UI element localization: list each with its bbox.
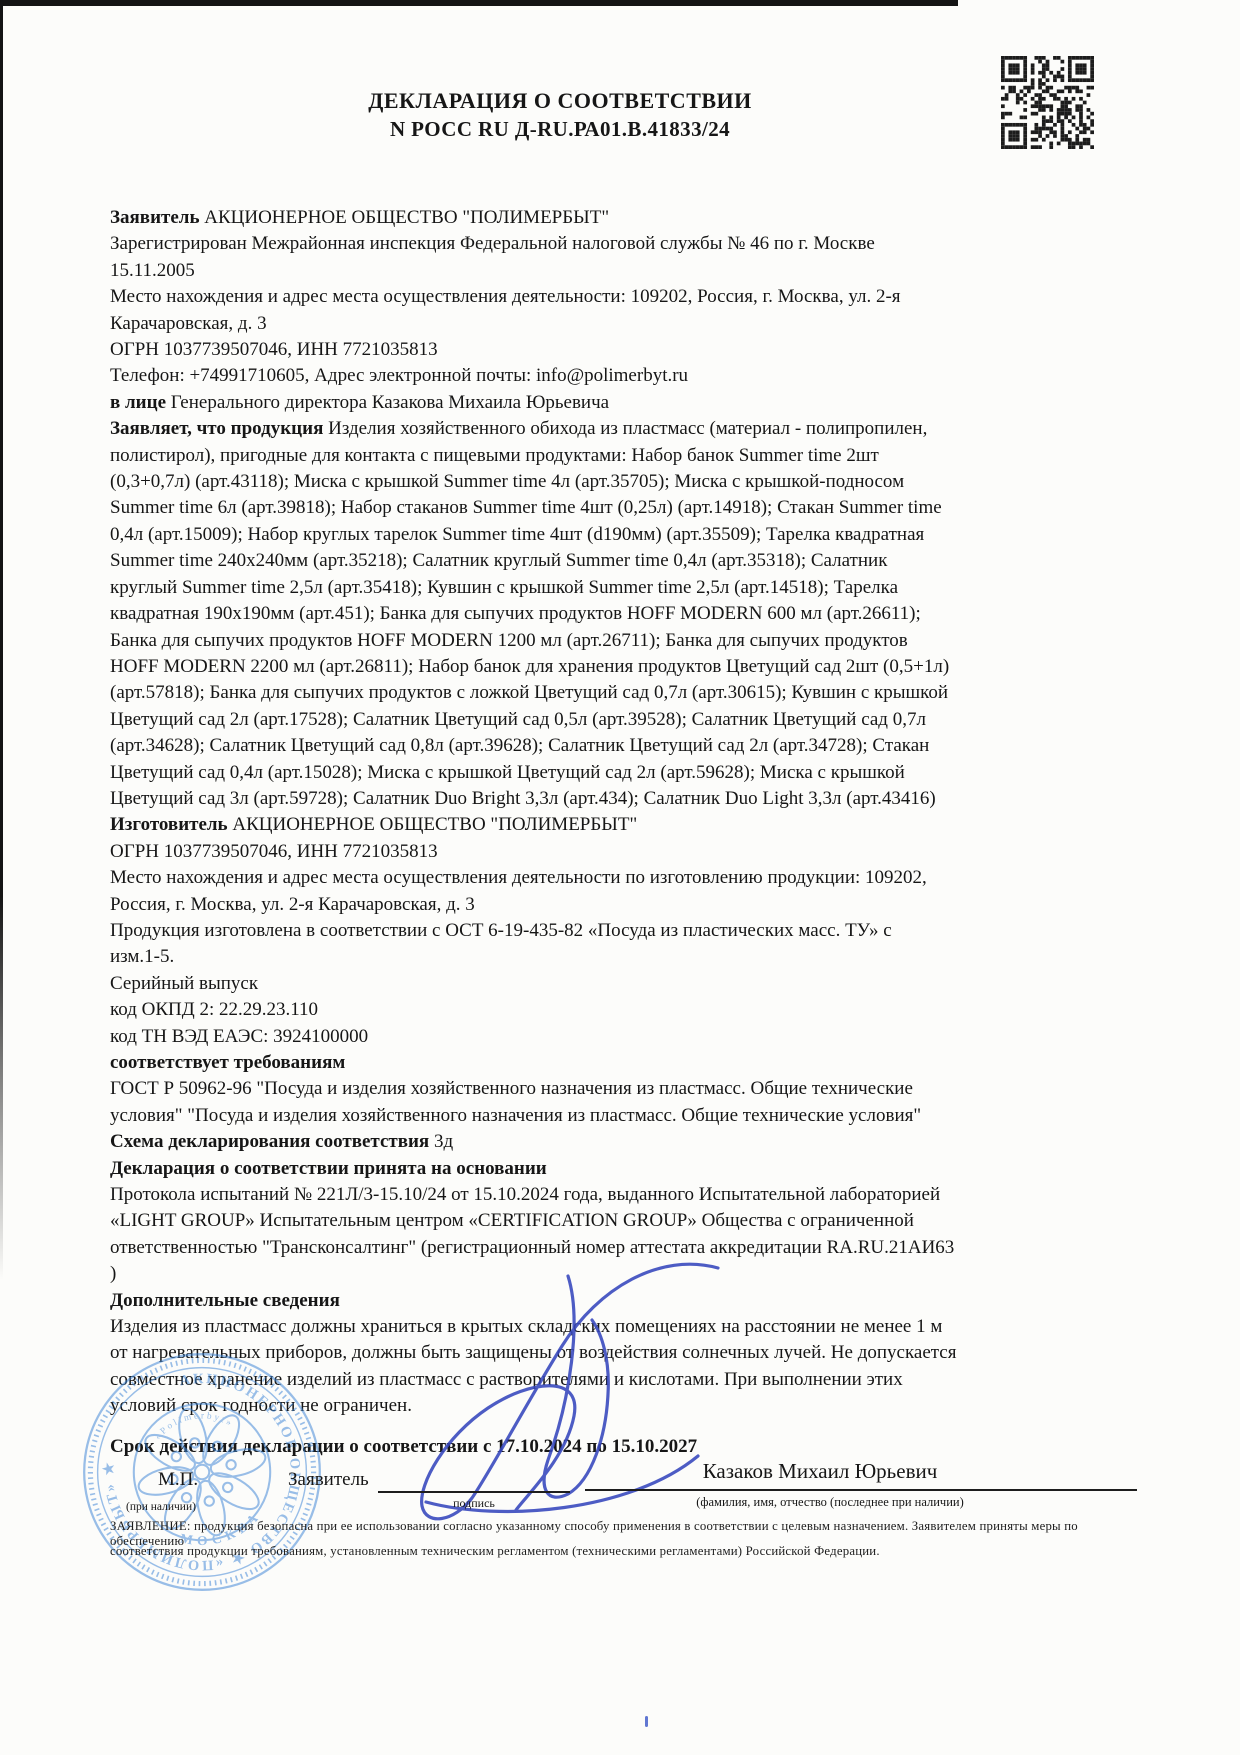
body-line: в лице Генерального директора Казакова М… — [110, 390, 1145, 416]
body-line: Телефон: +74991710605, Адрес электронной… — [110, 363, 1145, 389]
body-line: Банка для сыпучих продуктов HOFF MODERN … — [110, 628, 1145, 654]
scan-artifact-left-line — [0, 0, 3, 1280]
body-line: Схема декларирования соответствия 3д — [110, 1129, 1145, 1155]
signature-line — [378, 1491, 570, 1493]
document-title: ДЕКЛАРАЦИЯ О СООТВЕТСТВИИ — [110, 86, 1010, 115]
signature-caption: подпись — [378, 1496, 570, 1511]
body-line: ОГРН 1037739507046, ИНН 7721035813 — [110, 337, 1145, 363]
body-line: 0,4л (арт.15009); Набор круглых тарелок … — [110, 522, 1145, 548]
body-line: ГОСТ Р 50962-96 "Посуда и изделия хозяйс… — [110, 1076, 1145, 1102]
body-line: ОГРН 1037739507046, ИНН 7721035813 — [110, 839, 1145, 865]
body-line: Summer time 240х240мм (арт.35218); Салат… — [110, 548, 1145, 574]
body-line: полистирол), пригодные для контакта с пи… — [110, 443, 1145, 469]
body-line: Серийный выпуск — [110, 971, 1145, 997]
body-line: код ТН ВЭД ЕАЭС: 3924100000 — [110, 1024, 1145, 1050]
body-line: соответствует требованиям — [110, 1050, 1145, 1076]
document-title-block: ДЕКЛАРАЦИЯ О СООТВЕТСТВИИ N РОСС RU Д-RU… — [110, 86, 1010, 144]
body-line: (0,3+0,7л) (арт.43118); Миска с крышкой … — [110, 469, 1145, 495]
body-line: условия" "Посуда и изделия хозяйственног… — [110, 1103, 1145, 1129]
body-line: HOFF MODERN 2200 мл (арт.26811); Набор б… — [110, 654, 1145, 680]
body-line: круглый Summer time 2,5л (арт.35418); Ку… — [110, 575, 1145, 601]
svg-text:«Polimerbyt»: «Polimerbyt» — [150, 1402, 237, 1448]
body-line: Декларация о соответствии принята на осн… — [110, 1156, 1145, 1182]
body-line: Карачаровская, д. 3 — [110, 311, 1145, 337]
statement-line-2: соответствия продукции требованиям, уста… — [110, 1544, 1145, 1559]
body-line: Продукция изготовлена в соответствии с О… — [110, 918, 1145, 944]
scan-artifact-top-bar — [0, 0, 958, 6]
body-line: Цветущий сад 2л (арт.17528); Салатник Цв… — [110, 707, 1145, 733]
body-line: изм.1-5. — [110, 944, 1145, 970]
name-line — [585, 1489, 1137, 1491]
applicant-label: Заявитель — [288, 1469, 369, 1491]
body-line: (арт.57818); Банка для сыпучих продуктов… — [110, 680, 1145, 706]
body-line: (арт.34628); Салатник Цветущий сад 0,8л … — [110, 733, 1145, 759]
declaration-document-page: ДЕКЛАРАЦИЯ О СООТВЕТСТВИИ N РОСС RU Д-RU… — [0, 0, 1240, 1755]
name-caption: (фамилия, имя, отчество (последнее при н… — [585, 1495, 1075, 1510]
stamp-place-label: М.П. — [158, 1469, 198, 1491]
body-line: Цветущий сад 0,4л (арт.15028); Миска с к… — [110, 760, 1145, 786]
body-line: Заявитель АКЦИОНЕРНОЕ ОБЩЕСТВО "ПОЛИМЕРБ… — [110, 205, 1145, 231]
body-line: Заявляет, что продукция Изделия хозяйств… — [110, 416, 1145, 442]
body-line: «LIGHT GROUP» Испытательным центром «CER… — [110, 1208, 1145, 1234]
body-line: Место нахождения и адрес места осуществл… — [110, 284, 1145, 310]
body-line: квадратная 190х190мм (арт.451); Банка дл… — [110, 601, 1145, 627]
body-line: Цветущий сад 3л (арт.59728); Салатник Du… — [110, 786, 1145, 812]
stamp-place-note: (при наличии) — [126, 1501, 196, 1513]
declaration-number: N РОСС RU Д-RU.РА01.В.41833/24 — [110, 115, 1010, 144]
stamp-latin-text: «Polimerbyt» — [150, 1402, 237, 1448]
body-line: Изготовитель АКЦИОНЕРНОЕ ОБЩЕСТВО "ПОЛИМ… — [110, 812, 1145, 838]
body-line: Зарегистрирован Межрайонная инспекция Фе… — [110, 231, 1145, 257]
body-line: Протокола испытаний № 221Л/3-15.10/24 от… — [110, 1182, 1145, 1208]
ink-mark — [645, 1716, 648, 1727]
applicant-name: Казаков Михаил Юрьевич — [585, 1459, 1055, 1484]
body-line: Summer time 6л (арт.39818); Набор стакан… — [110, 495, 1145, 521]
body-line: Место нахождения и адрес места осуществл… — [110, 865, 1145, 891]
body-line: Россия, г. Москва, ул. 2-я Карачаровская… — [110, 892, 1145, 918]
qr-code-image — [1001, 56, 1094, 149]
body-line: код ОКПД 2: 22.29.23.110 — [110, 997, 1145, 1023]
body-line: 15.11.2005 — [110, 258, 1145, 284]
